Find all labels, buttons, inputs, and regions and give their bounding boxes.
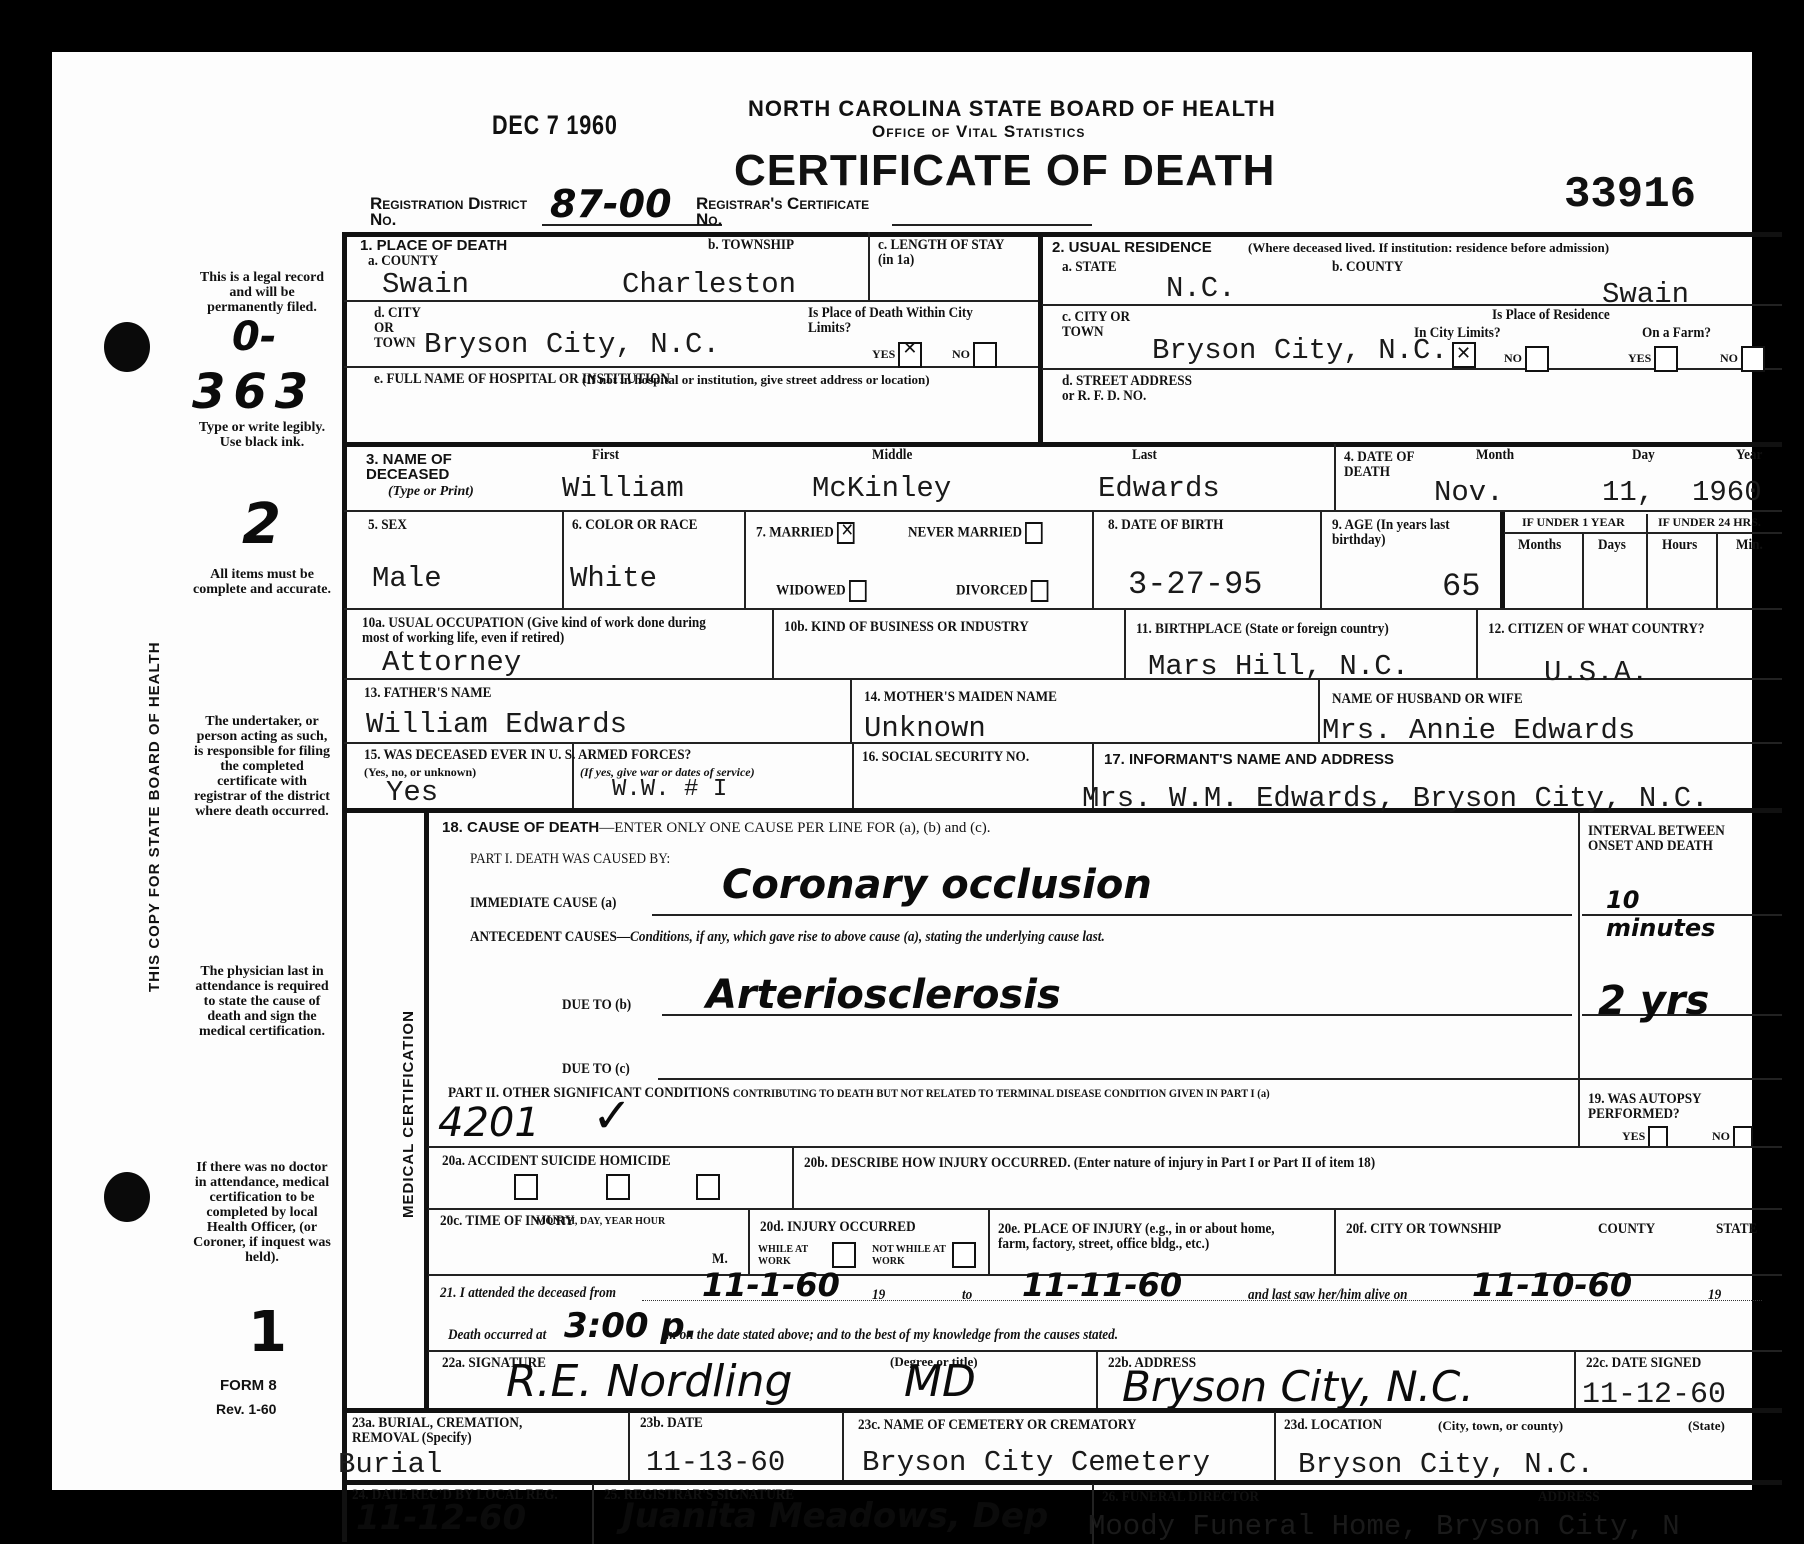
- in-city-yes[interactable]: [1452, 342, 1476, 368]
- rule: [1334, 1210, 1336, 1274]
- checkbox-icon[interactable]: [696, 1174, 720, 1200]
- at-work-label: WHILE AT WORK: [758, 1244, 822, 1268]
- city-label: d. CITY OR TOWN: [374, 306, 427, 351]
- father-label: 13. FATHER'S NAME: [364, 686, 491, 701]
- margin-note-complete: All items must be complete and accurate.: [192, 567, 332, 597]
- cemetery-label: 23c. NAME OF CEMETERY OR CREMATORY: [858, 1418, 1136, 1433]
- rule: [1582, 532, 1584, 608]
- checkbox-icon[interactable]: [952, 1242, 976, 1268]
- middle-name-value: McKinley: [812, 472, 951, 505]
- citizen-label: 12. CITIZEN OF WHAT COUNTRY?: [1488, 622, 1705, 637]
- occupation-label: 10a. USUAL OCCUPATION (Give kind of work…: [362, 616, 714, 646]
- due-to-b-label: DUE TO (b): [562, 998, 631, 1013]
- suicide-checkbox[interactable]: [606, 1174, 630, 1200]
- rule: [1320, 512, 1322, 608]
- margin-note-physician: The physician last in attendance is requ…: [192, 964, 332, 1039]
- race-label: 6. COLOR OR RACE: [572, 518, 697, 533]
- occupation-value: Attorney: [382, 646, 521, 679]
- injury-description-label: 20b. DESCRIBE HOW INJURY OCCURRED. (Ente…: [804, 1156, 1375, 1171]
- spouse-label: NAME OF HUSBAND OR WIFE: [1332, 692, 1523, 707]
- attended-to-value: 11-11-60: [1022, 1266, 1182, 1304]
- checkbox-icon[interactable]: [1741, 346, 1765, 372]
- immediate-cause-label: IMMEDIATE CAUSE (a): [470, 896, 616, 911]
- year-prefix: 19: [1708, 1288, 1721, 1303]
- within-city-yes[interactable]: YES: [872, 342, 922, 368]
- location-value: Bryson City, N.C.: [1298, 1448, 1594, 1481]
- death-city-value: Bryson City, N.C.: [424, 328, 720, 361]
- due-to-b-value: Arteriosclerosis: [706, 972, 1061, 1018]
- sex-label: 5. SEX: [368, 518, 407, 533]
- age-value: 65: [1442, 568, 1480, 605]
- dob-value: 3-27-95: [1128, 566, 1262, 603]
- district-underline: [542, 224, 722, 226]
- form-revision: Rev. 1-60: [216, 1402, 276, 1417]
- within-city-no[interactable]: NO: [952, 342, 997, 368]
- checkbox-icon[interactable]: [1031, 580, 1049, 602]
- mother-value: Unknown: [864, 712, 986, 745]
- attended-label: 21. I attended the deceased from: [440, 1286, 616, 1301]
- in-city-no[interactable]: NO: [1504, 346, 1549, 372]
- age-label: 9. AGE (In years last birthday): [1332, 518, 1482, 548]
- registration-district-label: Registration District No.: [370, 196, 530, 228]
- is-place-label: Is Place of Residence: [1492, 308, 1610, 323]
- rule: [850, 680, 852, 742]
- within-city-label: Is Place of Death Within City Limits?: [808, 306, 1010, 336]
- under-24-hrs-label: IF UNDER 24 HRS.: [1658, 516, 1761, 528]
- antecedent-label: ANTECEDENT CAUSES—Conditions, if any, wh…: [470, 930, 1105, 945]
- burial-date-value: 11-13-60: [646, 1446, 785, 1479]
- checkbox-icon[interactable]: [849, 580, 867, 602]
- margin-handwritten: 363: [192, 364, 316, 420]
- rule: [428, 1208, 1782, 1210]
- armed-forces-label: 15. WAS DECEASED EVER IN U. S. ARMED FOR…: [364, 748, 691, 763]
- cemetery-value: Bryson City Cemetery: [862, 1446, 1210, 1479]
- funeral-address-label: ADDRESS: [1538, 1490, 1600, 1505]
- divorced-option[interactable]: DIVORCED: [956, 580, 1049, 602]
- first-name-value: William: [562, 472, 684, 505]
- married-option[interactable]: 7. MARRIED: [756, 522, 855, 544]
- accident-checkbox[interactable]: [514, 1174, 538, 1200]
- dob-label: 8. DATE OF BIRTH: [1108, 518, 1223, 533]
- rule: [1574, 1352, 1576, 1410]
- usual-residence-note: (Where deceased lived. If institution: r…: [1248, 242, 1609, 254]
- death-occurred-note: m on the date stated above; and to the b…: [666, 1328, 1118, 1343]
- first-name-label: First: [592, 448, 619, 463]
- year-prefix: 19: [872, 1288, 885, 1303]
- accident-label: 20a. ACCIDENT SUICIDE HOMICIDE: [442, 1154, 671, 1169]
- location-hint: (City, town, or county): [1438, 1420, 1563, 1432]
- autopsy-label: 19. WAS AUTOPSY PERFORMED?: [1588, 1092, 1755, 1122]
- rule: [344, 366, 1038, 368]
- autopsy-no[interactable]: NO: [1712, 1126, 1753, 1148]
- interval-label: INTERVAL BETWEEN ONSET AND DEATH: [1588, 824, 1755, 854]
- place-of-injury-label: 20e. PLACE OF INJURY (e.g., in or about …: [998, 1222, 1280, 1252]
- injury-county-label: COUNTY: [1598, 1222, 1655, 1237]
- street-label: d. STREET ADDRESS or R. F. D. NO.: [1062, 374, 1194, 404]
- binder-hole-icon: [104, 322, 150, 372]
- injury-state-label: STATE: [1716, 1222, 1757, 1237]
- under-1-year-label: IF UNDER 1 YEAR: [1522, 516, 1625, 528]
- res-city-label: c. CITY OR TOWN: [1062, 310, 1132, 340]
- name-hint: (Type or Print): [388, 486, 474, 498]
- rule: [1096, 1352, 1098, 1410]
- in-city-label: In City Limits?: [1414, 326, 1501, 341]
- funeral-director-value: Moody Funeral Home, Bryson City, N: [1088, 1510, 1680, 1543]
- on-farm-no[interactable]: NO: [1720, 346, 1765, 372]
- hours-label: Hours: [1662, 538, 1697, 553]
- checkbox-icon[interactable]: [1025, 522, 1043, 544]
- attended-from-value: 11-1-60: [702, 1266, 840, 1304]
- sex-value: Male: [372, 562, 442, 595]
- rule: [1716, 532, 1718, 608]
- due-b-interval-value: 2 yrs: [1598, 978, 1709, 1024]
- physician-address: Bryson City, N.C.: [1122, 1362, 1474, 1411]
- rule: [342, 232, 1782, 237]
- injury-occurred-label: 20d. INJURY OCCURRED: [760, 1220, 916, 1235]
- rule: [1274, 1412, 1276, 1482]
- death-county-value: Swain: [382, 268, 469, 301]
- birthplace-value: Mars Hill, N.C.: [1148, 650, 1409, 683]
- burial-method-label: 23a. BURIAL, CREMATION, REMOVAL (Specify…: [352, 1416, 590, 1446]
- rule: [988, 1210, 990, 1274]
- rule: [852, 744, 854, 808]
- days-label: Days: [1598, 538, 1626, 553]
- rule: [342, 1480, 1782, 1485]
- checkbox-icon[interactable]: [1733, 1126, 1753, 1148]
- received-stamp: DEC 7 1960: [492, 110, 618, 141]
- last-saw-value: 11-10-60: [1472, 1266, 1632, 1304]
- city-township-label: 20f. CITY OR TOWNSHIP: [1346, 1222, 1501, 1237]
- rule: [1500, 512, 1505, 608]
- homicide-checkbox[interactable]: [696, 1174, 720, 1200]
- immediate-interval-value: 10 minutes: [1606, 886, 1752, 942]
- rule: [592, 1484, 594, 1544]
- checkbox-checked-icon[interactable]: [1452, 342, 1476, 368]
- margin-handwritten: 0-: [232, 314, 276, 360]
- certificate-number: 33916: [1564, 170, 1696, 220]
- margin-handwritten: 2: [242, 492, 281, 557]
- part1-label: PART I. DEATH WAS CAUSED BY:: [470, 852, 670, 867]
- last-name-value: Edwards: [1098, 472, 1220, 505]
- registrar-cert-label: Registrar's Certificate No.: [696, 196, 896, 228]
- burial-method-value: Burial: [338, 1448, 442, 1481]
- form-number: FORM 8: [220, 1378, 277, 1393]
- res-city-value: Bryson City, N.C.: [1152, 334, 1448, 367]
- rule: [658, 1078, 1782, 1080]
- dod-month-value: Nov.: [1434, 476, 1504, 509]
- cert-underline: [892, 224, 1092, 226]
- middle-name-label: Middle: [872, 448, 912, 463]
- rule: [428, 1350, 1782, 1352]
- rule: [1504, 532, 1782, 534]
- to-label: to: [962, 1288, 972, 1303]
- stay-label: c. LENGTH OF STAY (in 1a): [878, 238, 1010, 268]
- armed-forces-value: Yes: [386, 776, 438, 809]
- on-farm-label: On a Farm?: [1642, 326, 1711, 341]
- checkmark-icon: ✓: [592, 1088, 632, 1144]
- m-label: M.: [712, 1252, 728, 1267]
- autopsy-yes[interactable]: YES: [1622, 1126, 1668, 1148]
- res-county-value: Swain: [1602, 278, 1689, 311]
- business-label: 10b. KIND OF BUSINESS OR INDUSTRY: [784, 620, 1029, 635]
- rule: [748, 1210, 750, 1274]
- not-at-work-checkbox[interactable]: [952, 1242, 976, 1268]
- rule: [1476, 610, 1478, 678]
- margin-note-legal: This is a legal record and will be perma…: [192, 270, 332, 315]
- township-label: b. TOWNSHIP: [708, 238, 794, 253]
- margin-note-undertaker: The undertaker, or person acting as such…: [192, 714, 332, 819]
- dod-year-value: 1960: [1692, 476, 1762, 509]
- office-name: Office of Vital Statistics: [872, 122, 1085, 142]
- agency-name: NORTH CAROLINA STATE BOARD OF HEALTH: [748, 96, 1276, 122]
- rule: [868, 232, 870, 302]
- checkbox-icon[interactable]: [973, 342, 997, 368]
- registrar-signature: Juanita Meadows, Dep: [622, 1496, 1048, 1536]
- physician-signature: R.E. Nordling: [506, 1356, 792, 1407]
- name-label: 3. NAME OF DECEASED: [366, 452, 476, 482]
- checkbox-icon[interactable]: [514, 1174, 538, 1200]
- death-occurred-label: Death occurred at: [448, 1328, 546, 1343]
- rule: [772, 610, 774, 678]
- rule: [1578, 812, 1580, 1082]
- rule: [1578, 1082, 1580, 1146]
- checkbox-icon[interactable]: [1525, 346, 1549, 372]
- rule: [628, 1412, 630, 1482]
- time-columns: MONTH, DAY, YEAR HOUR: [536, 1216, 665, 1228]
- last-name-label: Last: [1132, 448, 1157, 463]
- father-value: William Edwards: [366, 708, 627, 741]
- page-title: CERTIFICATE OF DEATH: [734, 146, 1275, 196]
- checkbox-icon[interactable]: [606, 1174, 630, 1200]
- spouse-value: Mrs. Annie Edwards: [1322, 714, 1635, 747]
- margin-vertical-label: THIS COPY FOR STATE BOARD OF HEALTH: [146, 641, 163, 992]
- rule: [562, 512, 564, 608]
- rule: [792, 1148, 794, 1208]
- date-received-value: 11-12-60: [356, 1498, 526, 1538]
- citizen-value: U.S.A.: [1544, 656, 1648, 689]
- rule: [428, 1146, 1782, 1148]
- checkbox-checked-icon[interactable]: [837, 522, 855, 544]
- never-married-option[interactable]: NEVER MARRIED: [908, 522, 1043, 544]
- usual-residence-label: 2. USUAL RESIDENCE: [1052, 240, 1212, 255]
- checkbox-checked-icon[interactable]: [898, 342, 922, 368]
- checkbox-icon[interactable]: [1654, 346, 1678, 372]
- rule: [1092, 512, 1094, 608]
- rule: [652, 914, 1572, 916]
- dod-day-value: 11,: [1602, 476, 1654, 509]
- hospital-note: (If not in hospital or institution, give…: [582, 374, 930, 386]
- rule: [344, 510, 1782, 512]
- rule: [1646, 514, 1648, 608]
- checkbox-icon[interactable]: [1648, 1126, 1668, 1148]
- informant-label: 17. INFORMANT'S NAME AND ADDRESS: [1104, 752, 1394, 767]
- rule: [1334, 444, 1336, 510]
- place-of-death-label: 1. PLACE OF DEATH: [360, 238, 507, 253]
- burial-date-label: 23b. DATE: [640, 1416, 703, 1431]
- min-label: Min.: [1736, 538, 1763, 553]
- date-signed-label: 22c. DATE SIGNED: [1586, 1356, 1701, 1371]
- rule: [424, 812, 429, 1408]
- margin-note-legibly: Type or write legibly. Use black ink.: [192, 420, 332, 450]
- county-label: a. COUNTY: [368, 254, 438, 269]
- last-saw-label: and last saw her/him alive on: [1248, 1288, 1408, 1303]
- part2-label: PART II. OTHER SIGNIFICANT CONDITIONS CO…: [448, 1086, 1270, 1101]
- on-farm-yes[interactable]: YES: [1628, 346, 1678, 372]
- rule: [344, 608, 1782, 610]
- race-value: White: [570, 562, 657, 595]
- res-state-label: a. STATE: [1062, 260, 1117, 275]
- immediate-cause-value: Coronary occlusion: [722, 862, 1152, 908]
- months-label: Months: [1518, 538, 1561, 553]
- margin-handwritten: 1: [248, 1300, 287, 1365]
- year-label: Year: [1736, 448, 1762, 463]
- physician-degree: MD: [904, 1356, 976, 1407]
- war-value: W.W. # I: [612, 776, 727, 803]
- rule: [342, 442, 1782, 447]
- at-work-checkbox[interactable]: [832, 1242, 856, 1268]
- date-of-death-label: 4. DATE OF DEATH: [1344, 450, 1414, 480]
- date-signed-value: 11-12-60: [1582, 1378, 1726, 1412]
- death-certificate: DEC 7 1960 NORTH CAROLINA STATE BOARD OF…: [52, 52, 1752, 1490]
- margin-note-no-doctor: If there was no doctor in attendance, me…: [192, 1160, 332, 1265]
- ssn-label: 16. SOCIAL SECURITY NO.: [862, 750, 1029, 765]
- birthplace-label: 11. BIRTHPLACE (State or foreign country…: [1136, 622, 1389, 637]
- rule: [1318, 680, 1320, 742]
- location-label: 23d. LOCATION: [1284, 1418, 1382, 1433]
- rule: [1124, 610, 1126, 678]
- month-label: Month: [1476, 448, 1514, 463]
- rule: [744, 512, 746, 608]
- medical-certification-vertical: MEDICAL CERTIFICATION: [400, 1010, 417, 1218]
- day-label: Day: [1632, 448, 1655, 463]
- rule: [342, 1408, 1782, 1413]
- registration-district-value: 87-00: [550, 182, 672, 226]
- mother-label: 14. MOTHER'S MAIDEN NAME: [864, 690, 1057, 705]
- widowed-option[interactable]: WIDOWED: [776, 580, 867, 602]
- informant-value: Mrs. W.M. Edwards, Bryson City, N.C.: [1082, 782, 1709, 815]
- cause-of-death-label: 18. CAUSE OF DEATH—ENTER ONLY ONE CAUSE …: [442, 820, 990, 836]
- due-to-c-label: DUE TO (c): [562, 1062, 630, 1077]
- rule: [1038, 232, 1043, 444]
- funeral-director-label: 26. FUNERAL DIRECTOR: [1102, 1490, 1259, 1505]
- not-at-work-label: NOT WHILE AT WORK: [872, 1244, 952, 1268]
- res-county-label: b. COUNTY: [1332, 260, 1403, 275]
- state-hint: (State): [1688, 1420, 1725, 1432]
- part2-code-value: 4201: [438, 1100, 540, 1146]
- rule: [842, 1412, 844, 1482]
- res-state-value: N.C.: [1166, 272, 1236, 305]
- checkbox-icon[interactable]: [832, 1242, 856, 1268]
- binder-hole-icon: [104, 1172, 150, 1222]
- township-value: Charleston: [622, 268, 796, 301]
